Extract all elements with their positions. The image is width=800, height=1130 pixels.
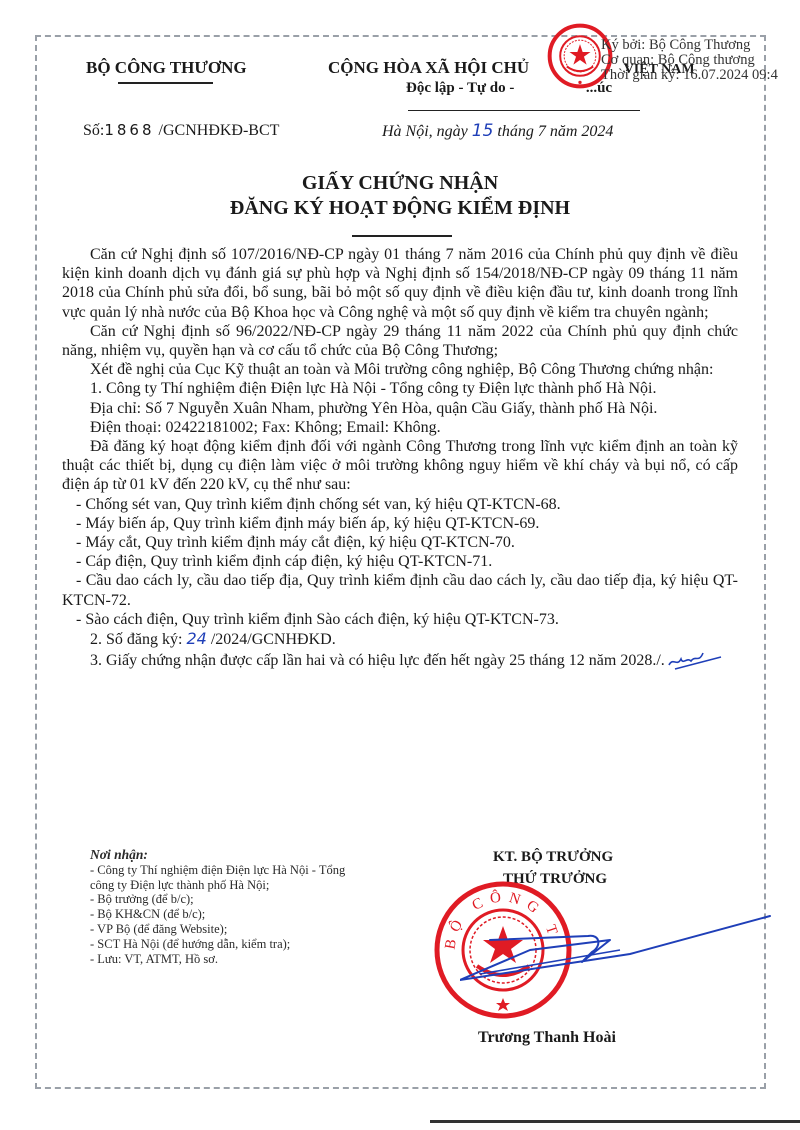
doc-number-stamped: 1868 xyxy=(104,121,154,139)
recipients-list: Nơi nhận: - Công ty Thí nghiệm điện Điện… xyxy=(90,848,345,966)
procedure-item: - Cáp điện, Quy trình kiểm định cáp điện… xyxy=(62,552,738,571)
proposal-paragraph: Xét đề nghị của Cục Kỹ thuật an toàn và … xyxy=(62,360,738,379)
document-number: Số:1868 /GCNHĐKĐ-BCT xyxy=(83,121,279,140)
procedure-item: - Sào cách điện, Quy trình kiểm định Sào… xyxy=(62,610,738,629)
procedure-item: - Cầu dao cách ly, cầu dao tiếp địa, Quy… xyxy=(62,571,738,609)
document-body: Căn cứ Nghị định số 107/2016/NĐ-CP ngày … xyxy=(62,245,738,671)
recipient-item: - SCT Hà Nội (để hướng dẫn, kiểm tra); xyxy=(90,937,345,952)
procedure-item: - Máy cắt, Quy trình kiểm định máy cắt đ… xyxy=(62,533,738,552)
place-and-date: Hà Nội, ngày 15 tháng 7 năm 2024 xyxy=(382,121,613,141)
digital-signature-info: Ký bởi: Bộ Công Thương Cơ quan: Bộ Công … xyxy=(601,38,778,83)
recipient-item: - VP Bộ (để đăng Website); xyxy=(90,922,345,937)
ministry-underline xyxy=(118,82,213,84)
signer-name: Trương Thanh Hoài xyxy=(478,1029,616,1047)
esign-signed-by: Ký bởi: Bộ Công Thương xyxy=(601,38,778,53)
legal-basis-1: Căn cứ Nghị định số 107/2016/NĐ-CP ngày … xyxy=(62,245,738,322)
document-title-line1: GIẤY CHỨNG NHẬN xyxy=(0,172,800,195)
document-title-line2: ĐĂNG KÝ HOẠT ĐỘNG KIỂM ĐỊNH xyxy=(0,197,800,220)
procedure-item: - Máy biến áp, Quy trình kiểm định máy b… xyxy=(62,514,738,533)
place-date-prefix: Hà Nội, ngày xyxy=(382,123,468,140)
place-date-suffix: tháng 7 năm 2024 xyxy=(497,123,613,140)
motto-underline xyxy=(408,110,640,111)
recipient-item: - Lưu: VT, ATMT, Hồ sơ. xyxy=(90,952,345,967)
company-contact: Điện thoại: 02422181002; Fax: Không; Ema… xyxy=(62,418,738,437)
doc-number-suffix: /GCNHĐKĐ-BCT xyxy=(159,122,280,139)
initial-scribble-icon xyxy=(665,649,725,671)
reg-number-suffix: /2024/GCNHĐKD. xyxy=(211,631,336,648)
doc-number-prefix: Số: xyxy=(83,122,104,139)
day-handwritten: 15 xyxy=(472,121,494,141)
legal-basis-2: Căn cứ Nghị định số 96/2022/NĐ-CP ngày 2… xyxy=(62,322,738,360)
procedure-item: - Chống sét van, Quy trình kiểm định chố… xyxy=(62,495,738,514)
title-underline xyxy=(352,235,452,237)
recipient-item: - Công ty Thí nghiệm điện Điện lực Hà Nộ… xyxy=(90,863,345,878)
company-address: Địa chỉ: Số 7 Nguyễn Xuân Nham, phường Y… xyxy=(62,399,738,418)
scan-edge-line xyxy=(430,1120,800,1123)
recipient-item: công ty Điện lực thành phố Hà Nội; xyxy=(90,878,345,893)
recipient-item: - Bộ KH&CN (để b/c); xyxy=(90,907,345,922)
national-title-visible: CỘNG HÒA XÃ HỘI CHỦ xyxy=(328,58,529,77)
issuing-ministry: BỘ CÔNG THƯƠNG xyxy=(86,58,247,78)
esign-agency: Cơ quan: Bộ Công thương xyxy=(601,53,778,68)
recipients-heading: Nơi nhận: xyxy=(90,848,345,863)
handwritten-signature-icon xyxy=(460,910,780,990)
inspection-scope: Đã đăng ký hoạt động kiểm định đối với n… xyxy=(62,437,738,495)
signer-title-1: KT. BỘ TRƯỞNG xyxy=(493,849,613,866)
recipient-item: - Bộ trưởng (để b/c); xyxy=(90,892,345,907)
motto-visible: Độc lập - Tự do - xyxy=(406,80,514,96)
validity-statement: 3. Giấy chứng nhận được cấp lần hai và c… xyxy=(62,649,738,671)
registration-number: 2. Số đăng ký: 24 /2024/GCNHĐKD. xyxy=(62,629,738,649)
reg-number-handwritten: 24 xyxy=(186,629,206,648)
esign-time: Thời gian ký: 16.07.2024 09:4 xyxy=(601,68,778,83)
reg-number-prefix: 2. Số đăng ký: xyxy=(90,631,182,648)
validity-text: 3. Giấy chứng nhận được cấp lần hai và c… xyxy=(90,652,665,669)
certified-company: 1. Công ty Thí nghiệm điện Điện lực Hà N… xyxy=(62,379,738,398)
